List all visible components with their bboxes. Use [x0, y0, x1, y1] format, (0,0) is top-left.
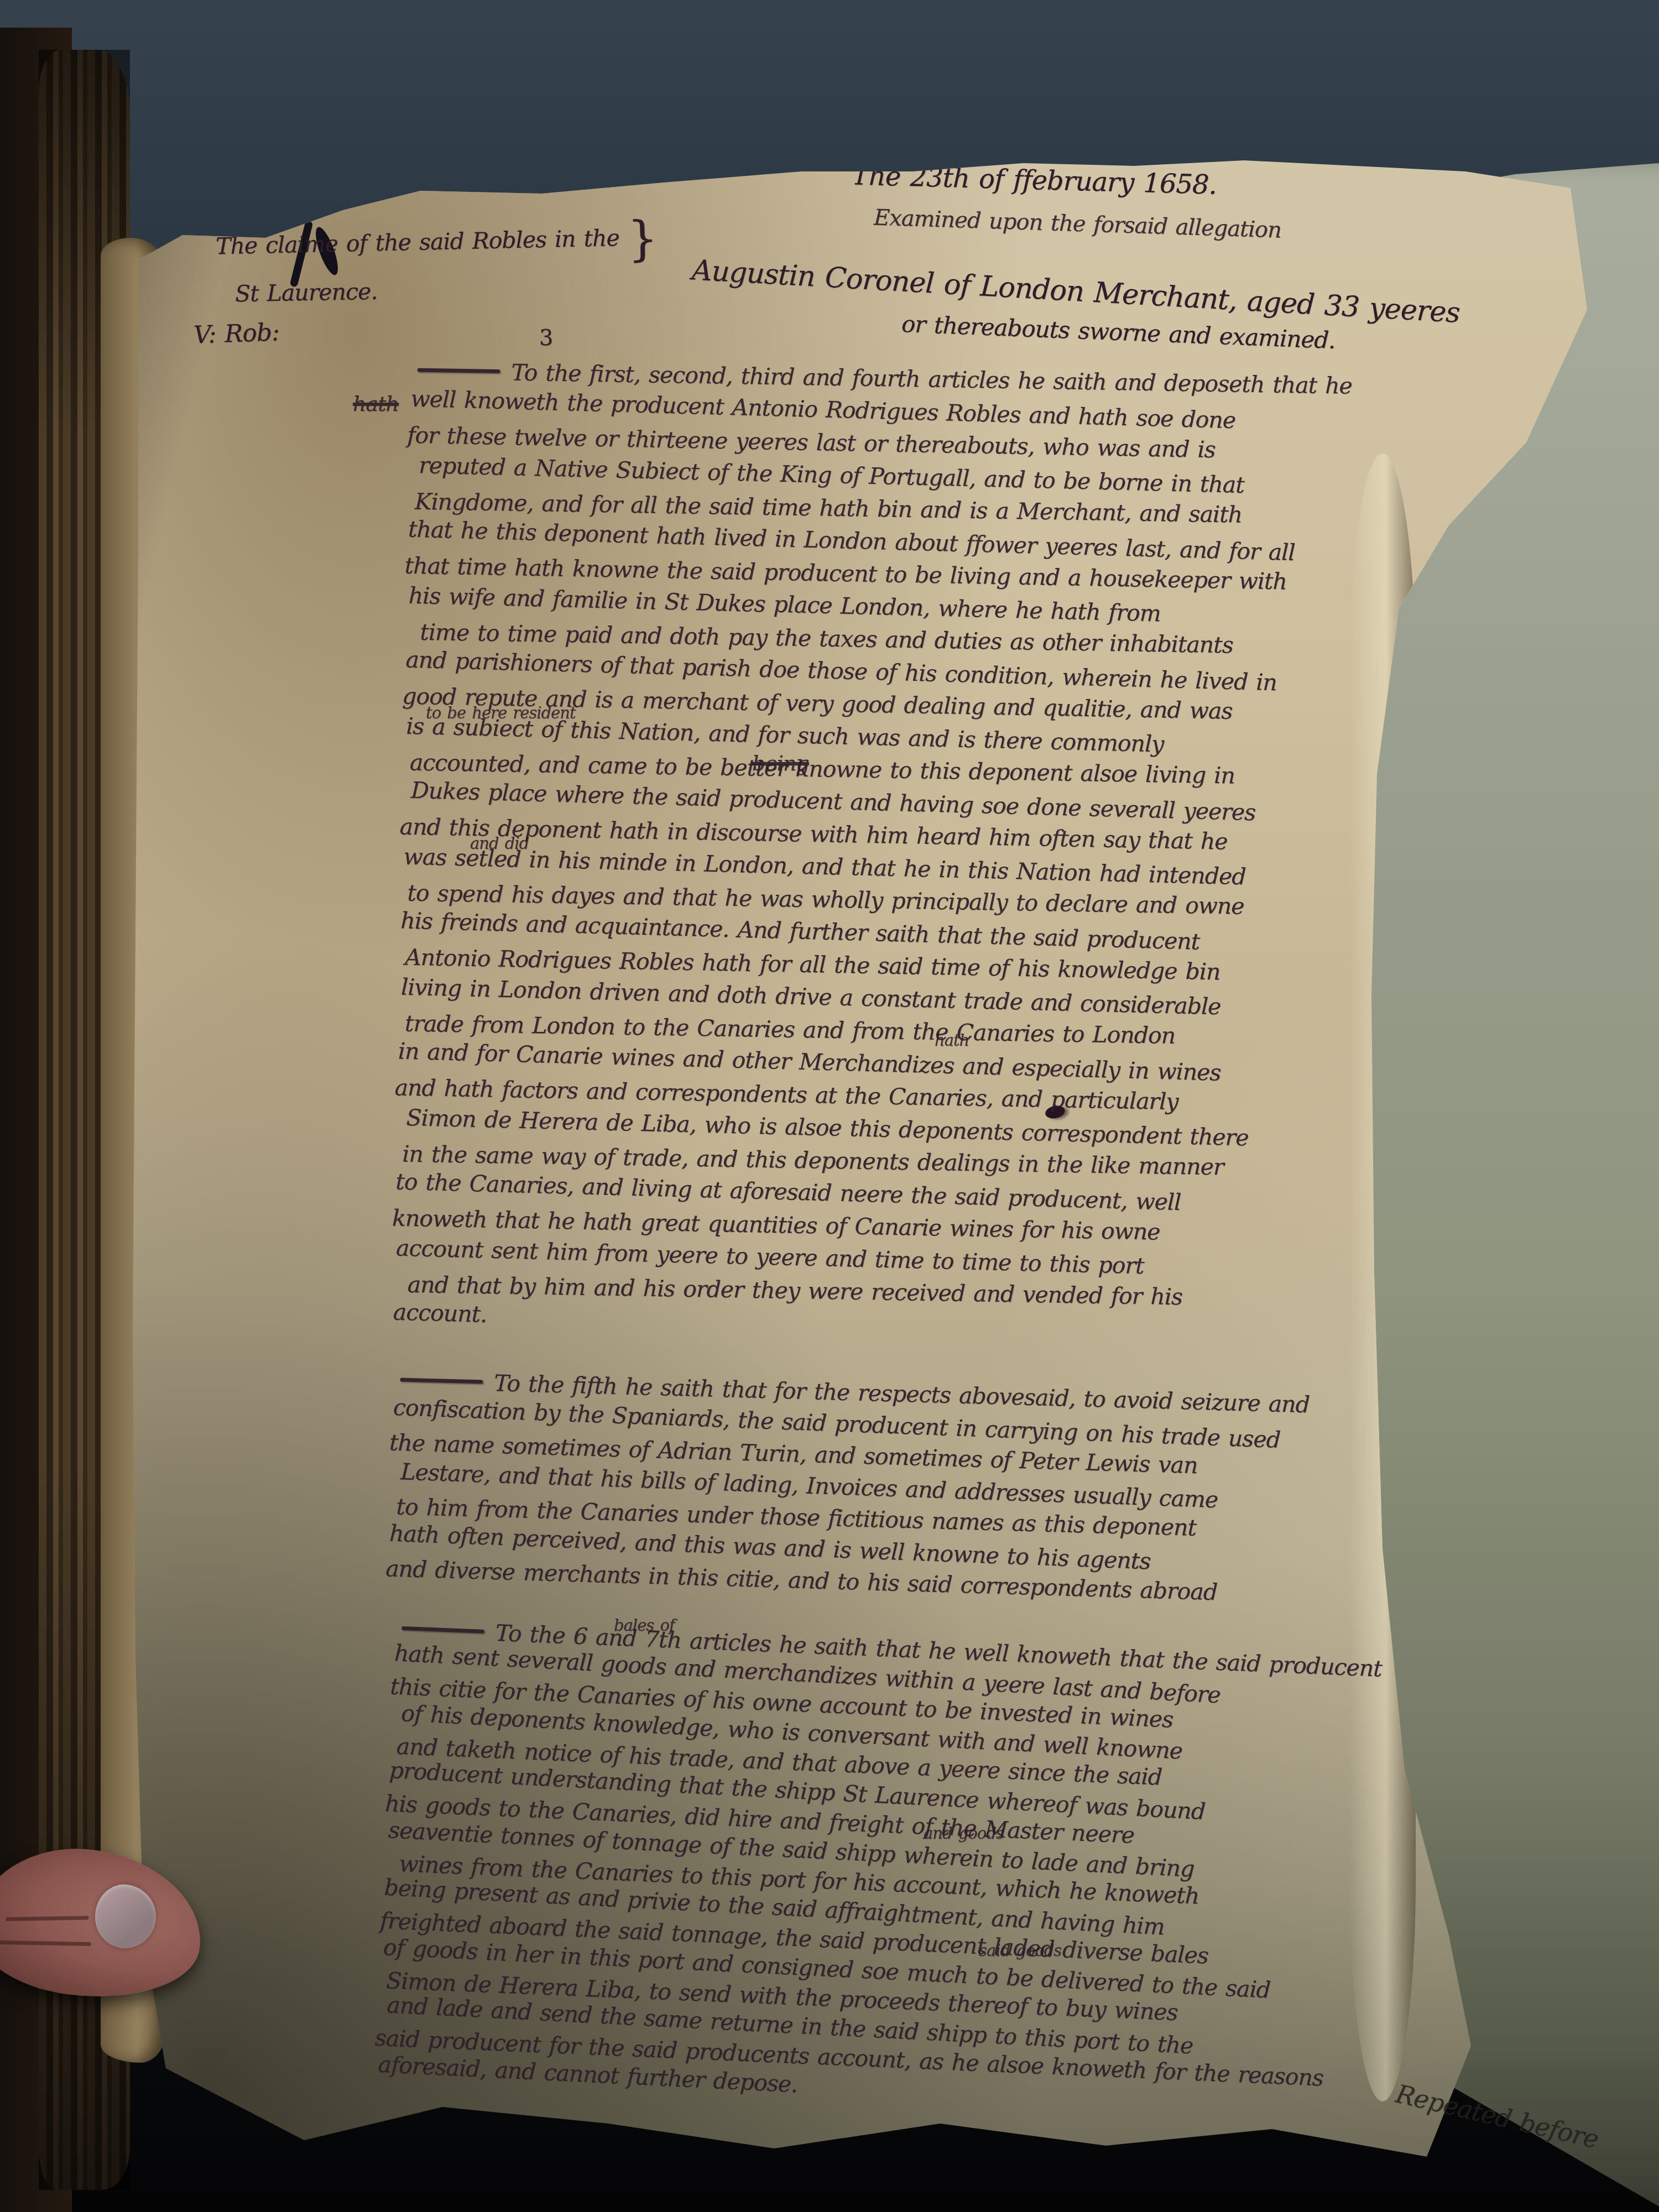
sheet-number: 3 [539, 325, 552, 351]
knuckle-crease [6, 1916, 88, 1922]
deposition-paragraph-2: To the fifth he saith that for the respe… [389, 1364, 1305, 1611]
interlined-word: bales of [614, 1616, 675, 1635]
struck-word: hath [353, 392, 399, 416]
manuscript-photo: The claime of the said Robles in the } S… [0, 0, 1659, 2212]
date-line: The 23th of ffebruary 1658. [851, 160, 1217, 200]
knuckle-crease [0, 1940, 91, 1946]
interlined-word: hath [935, 1031, 969, 1050]
interlined-word: and goods [924, 1824, 1004, 1843]
interlined-word: and did [470, 834, 529, 853]
interlined-word: to be here resident [426, 703, 576, 722]
deposition-paragraph-1: To the first, second, third and fourth a… [394, 353, 1348, 1350]
examined-caption: Examined upon the forsaid allegation [873, 205, 1281, 243]
interlined-word: said goods [979, 1941, 1061, 1960]
margin-note-text: The claime of the said Robles in the [216, 225, 620, 259]
thumbnail-nail [91, 1881, 159, 1952]
struck-word: being [752, 751, 809, 775]
margin-note-ship: St Laurence. [235, 278, 378, 307]
margin-note-claim: The claime of the said Robles in the } [215, 211, 658, 276]
deposition-paragraph-3: To the 6 and 7th articles he saith that … [377, 1613, 1378, 2125]
pen-trial-mark [282, 197, 292, 207]
examiner-initials: V: Rob: [193, 318, 279, 349]
brace-glyph: } [627, 211, 659, 267]
